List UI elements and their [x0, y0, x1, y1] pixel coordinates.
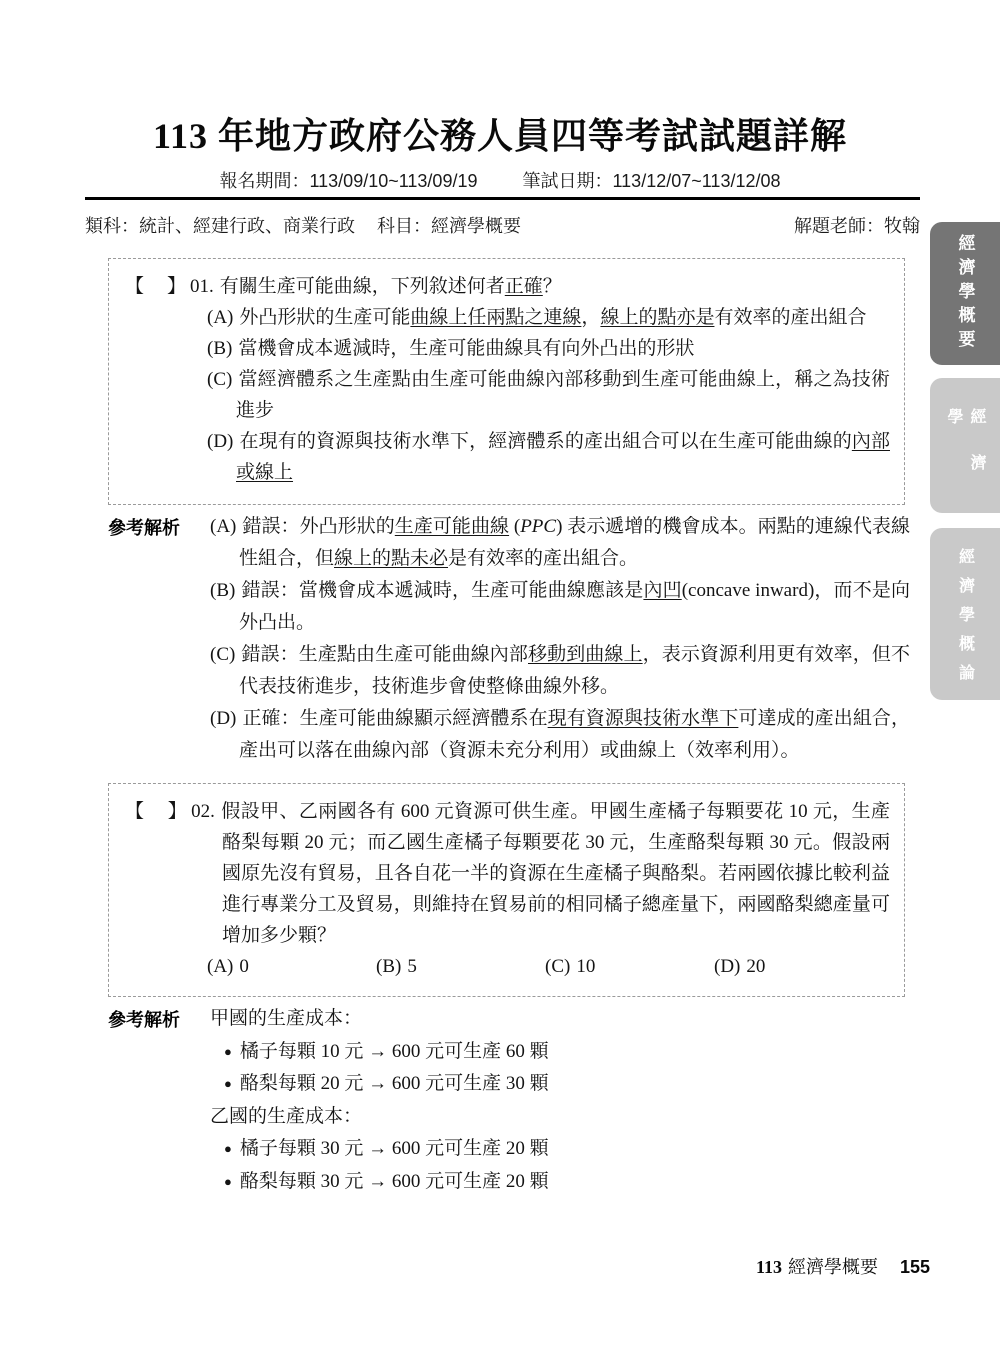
question-stem-text: 假設甲、乙兩國各有 600 元資源可供生產。甲國生產橘子每顆要花 10 元，生產…: [221, 801, 890, 946]
bullet-icon: ●: [224, 1044, 240, 1059]
answer-bracket: 【 】: [125, 276, 188, 297]
option-a: (A)外凸形狀的生產可能曲線上任兩點之連線，線上的點亦是有效率的產出組合: [207, 302, 890, 333]
page-footer: 113經濟學概要155: [756, 1253, 930, 1279]
option-marker: (A): [207, 956, 239, 977]
option-value: 10: [576, 956, 595, 977]
solver-name: 解題老師：牧翰: [794, 212, 920, 238]
analysis-item-marker: (C): [210, 644, 241, 665]
option-marker: (A): [207, 307, 239, 328]
option-d: (D)在現有的資源與技術水準下，經濟體系的產出組合可以在生產可能曲線的內部或線上: [207, 426, 890, 488]
cost-line-text: 酪梨每顆 20 元 → 600 元可生產 30 顆: [240, 1073, 549, 1094]
question-02-options-row: (A)0 (B)5 (C)10 (D)20: [207, 951, 890, 982]
option-value: 5: [407, 956, 417, 977]
cost-heading-country-a: 甲國的生產成本：: [210, 1003, 910, 1036]
analysis-item-text: 正確：生產可能曲線顯示經濟體系在現有資源與技術水準下可達成的產出組合，產出可以落…: [239, 708, 910, 761]
category-subject-line: 類科：統計、經建行政、商業行政科目：經濟學概要: [85, 212, 521, 238]
question-number: 01.: [188, 276, 220, 297]
footer-book-number: 113: [756, 1257, 782, 1277]
analysis-item-text: 錯誤：生產點由生產可能曲線內部移動到曲線上，表示資源利用更有效率，但不代表技術進…: [239, 644, 910, 697]
side-tab-label: 經濟學: [942, 378, 988, 513]
cost-heading-country-b: 乙國的生產成本：: [210, 1101, 910, 1134]
option-c: (C)10: [545, 951, 714, 982]
footer-page-number: 155: [900, 1257, 930, 1277]
analysis-item-b: (B)錯誤：當機會成本遞減時，生產可能曲線應該是內凹(concave inwar…: [210, 575, 910, 639]
option-marker: (C): [545, 956, 576, 977]
analysis-01-body: (A)錯誤：外凸形狀的生產可能曲線 (PPC) 表示遞增的機會成本。兩點的連線代…: [210, 511, 910, 767]
analysis-item-text: 錯誤：外凸形狀的生產可能曲線 (PPC) 表示遞增的機會成本。兩點的連線代表線性…: [239, 516, 910, 569]
answer-bracket: 【 】: [125, 801, 189, 822]
page-title: 113 年地方政府公務人員四等考試試題詳解: [0, 108, 1000, 159]
side-tab-label: 經濟學概要: [953, 234, 978, 354]
option-text: 當機會成本遞減時，生產可能曲線具有向外凸出的形狀: [238, 338, 694, 359]
cost-line: ●橘子每顆 10 元 → 600 元可生產 60 顆: [210, 1036, 910, 1069]
analysis-label-02: 參考解析: [108, 1006, 180, 1032]
option-marker: (B): [207, 338, 238, 359]
analysis-item-marker: (A): [210, 516, 242, 537]
analysis-02-body: 甲國的生產成本： ●橘子每顆 10 元 → 600 元可生產 60 顆 ●酪梨每…: [210, 1003, 910, 1198]
analysis-item-c: (C)錯誤：生產點由生產可能曲線內部移動到曲線上，表示資源利用更有效率，但不代表…: [210, 639, 910, 703]
cost-line-text: 酪梨每顆 30 元 → 600 元可生產 20 顆: [240, 1171, 549, 1192]
analysis-label-01: 參考解析: [108, 514, 180, 540]
bullet-icon: ●: [224, 1141, 240, 1156]
header-rule: [85, 197, 920, 200]
analysis-item-marker: (D): [210, 708, 242, 729]
subject-text: 科目：經濟學概要: [377, 216, 521, 236]
cost-line-text: 橘子每顆 10 元 → 600 元可生產 60 顆: [240, 1041, 549, 1062]
bullet-icon: ●: [224, 1174, 240, 1189]
side-tab-label: 經濟學概論: [954, 535, 977, 693]
option-value: 20: [746, 956, 765, 977]
side-tab-economics-summary-active: 經濟學概要: [930, 222, 1000, 365]
option-marker: (D): [714, 956, 746, 977]
side-tab-economics: 經濟學: [930, 378, 1000, 513]
question-box-01: 【 】01.有關生產可能曲線，下列敘述何者正確？ (A)外凸形狀的生產可能曲線上…: [108, 258, 905, 505]
option-a: (A)0: [207, 951, 376, 982]
exam-dates-line: 報名期間：113/09/10~113/09/19 筆試日期：113/12/07~…: [0, 167, 1000, 193]
option-b: (B)當機會成本遞減時，生產可能曲線具有向外凸出的形狀: [207, 333, 890, 364]
option-value: 0: [239, 956, 249, 977]
option-marker: (B): [376, 956, 407, 977]
question-number: 02.: [189, 801, 221, 822]
option-marker: (C): [207, 369, 238, 390]
option-text: 當經濟體系之生產點由生產可能曲線內部移動到生產可能曲線上，稱之為技術進步: [236, 369, 890, 421]
option-text: 外凸形狀的生產可能曲線上任兩點之連線，線上的點亦是有效率的產出組合: [239, 307, 866, 328]
question-01-stem: 【 】01.有關生產可能曲線，下列敘述何者正確？: [125, 271, 890, 302]
question-stem-text: 有關生產可能曲線，下列敘述何者正確？: [220, 276, 562, 297]
analysis-item-a: (A)錯誤：外凸形狀的生產可能曲線 (PPC) 表示遞增的機會成本。兩點的連線代…: [210, 511, 910, 575]
analysis-item-d: (D)正確：生產可能曲線顯示經濟體系在現有資源與技術水準下可達成的產出組合，產出…: [210, 703, 910, 767]
exam-solution-page: 113 年地方政府公務人員四等考試試題詳解 報名期間：113/09/10~113…: [0, 0, 1000, 1353]
option-text: 在現有的資源與技術水準下，經濟體系的產出組合可以在生產可能曲線的內部或線上: [236, 431, 890, 483]
cost-line-text: 橘子每顆 30 元 → 600 元可生產 20 顆: [240, 1138, 549, 1159]
option-d: (D)20: [714, 951, 765, 982]
category-text: 類科：統計、經建行政、商業行政: [85, 216, 355, 236]
option-b: (B)5: [376, 951, 545, 982]
footer-book-title: 經濟學概要: [788, 1257, 878, 1277]
bullet-icon: ●: [224, 1076, 240, 1091]
analysis-item-text: 錯誤：當機會成本遞減時，生產可能曲線應該是內凹(concave inward)，…: [239, 580, 910, 633]
cost-line: ●橘子每顆 30 元 → 600 元可生產 20 顆: [210, 1133, 910, 1166]
meta-row: 類科：統計、經建行政、商業行政科目：經濟學概要 解題老師：牧翰: [85, 212, 920, 238]
side-tab-economics-intro: 經濟學概論: [930, 528, 1000, 700]
option-marker: (D): [207, 431, 239, 452]
cost-line: ●酪梨每顆 20 元 → 600 元可生產 30 顆: [210, 1068, 910, 1101]
option-c: (C)當經濟體系之生產點由生產可能曲線內部移動到生產可能曲線上，稱之為技術進步: [207, 364, 890, 426]
question-box-02: 【 】02.假設甲、乙兩國各有 600 元資源可供生產。甲國生產橘子每顆要花 1…: [108, 783, 905, 997]
registration-period: 報名期間：113/09/10~113/09/19: [219, 171, 477, 191]
cost-line: ●酪梨每顆 30 元 → 600 元可生產 20 顆: [210, 1166, 910, 1199]
question-02-stem: 【 】02.假設甲、乙兩國各有 600 元資源可供生產。甲國生產橘子每顆要花 1…: [125, 796, 890, 951]
analysis-item-marker: (B): [210, 580, 241, 601]
written-exam-date: 筆試日期：113/12/07~113/12/08: [523, 171, 781, 191]
